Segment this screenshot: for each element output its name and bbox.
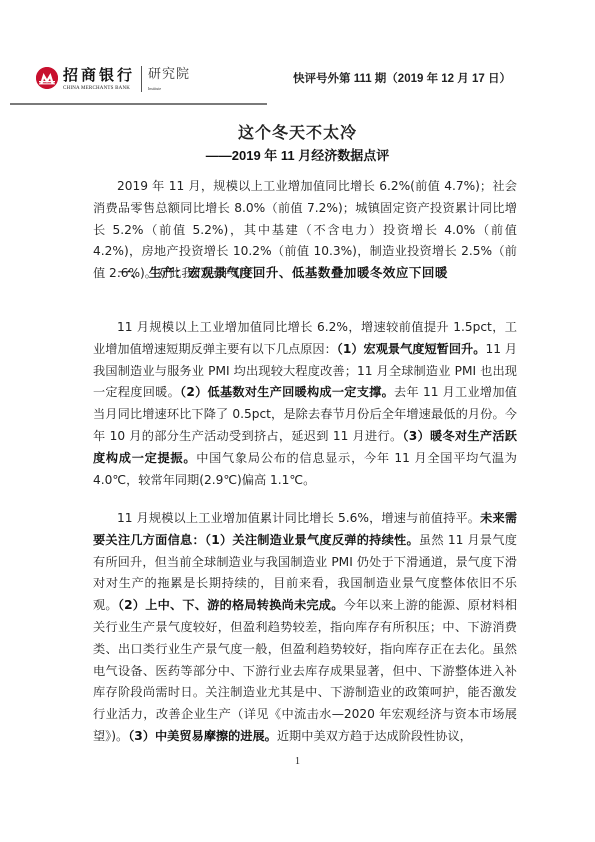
para-text: 11 月规模以上工业增加值累计同比增长 5.6%，增速与前值持平。: [117, 511, 480, 525]
cmb-logo: 招商银行 CHINA MERCHANTS BANK 研究院 Institute: [36, 66, 190, 102]
document-title: 这个冬天不太冷: [0, 120, 595, 143]
page-header: 招商银行 CHINA MERCHANTS BANK 研究院 Institute …: [0, 62, 595, 102]
issue-label: 快评号外第 111 期（2019 年 12 月 17 日）: [293, 70, 511, 86]
page-number: 1: [0, 756, 595, 767]
para-text: 今年以来上游的能源、原材料相关行业生产景气度较好，但盈利趋势较差，指向库存有所积…: [93, 598, 517, 743]
institute-name-cn: 研究院: [148, 66, 190, 84]
document-subtitle: ——2019 年 11 月经济数据点评: [0, 145, 595, 164]
logo-divider: [141, 66, 142, 92]
para-text: 近期中美双方趋于达成阶段性协议，: [277, 729, 472, 743]
header-rule: [10, 103, 267, 105]
para-bold-point: （2）低基数对生产回暖构成一定支撑。: [180, 385, 394, 399]
para-bold-point: （1）宏观景气度短暂回升。: [337, 342, 486, 356]
brand-name-en: CHINA MERCHANTS BANK: [63, 85, 135, 92]
section1-paragraph-2: 11 月规模以上工业增加值累计同比增长 5.6%，增速与前值持平。未来需要关注几…: [93, 508, 517, 748]
brand-name-cn: 招商银行: [63, 66, 135, 84]
cmb-logo-icon: [36, 67, 58, 89]
institute-name-en: Institute: [148, 85, 190, 92]
para-bold-point: （3）中美贸易摩擦的进展。: [128, 729, 277, 743]
section-heading-production: 一、 生产：宏观景气度回升、低基数叠加暖冬效应下回暖: [118, 263, 448, 281]
para-bold-point: （2）上中、下、游的格局转换尚未完成。: [118, 598, 344, 612]
section1-paragraph-1: 11 月规模以上工业增加值同比增长 6.2%，增速较前值提升 1.5pct，工业…: [93, 317, 517, 491]
